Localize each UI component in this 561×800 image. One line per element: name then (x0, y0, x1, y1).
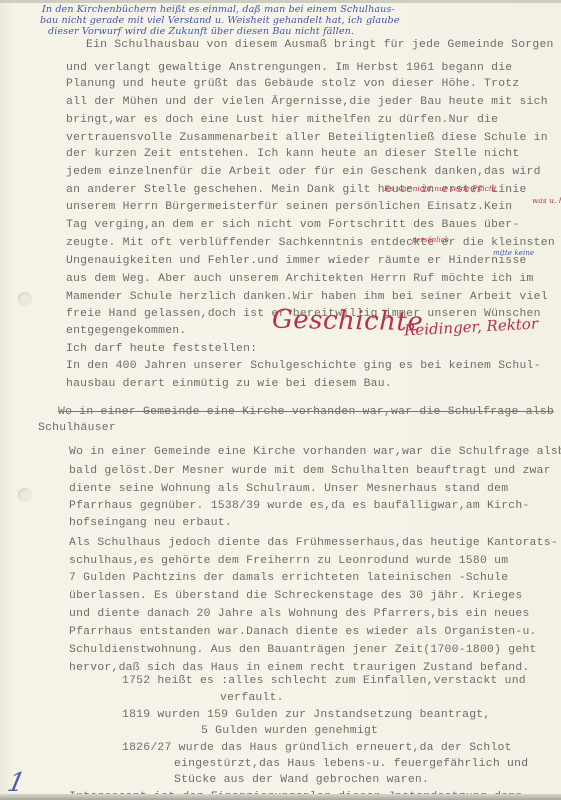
typed-line: der kurzen Zeit entstehen. Ich kann heut… (66, 147, 519, 161)
typed-line: 7 Gulden Pachtzins der damals errichtete… (69, 571, 508, 585)
handwritten-note-line: dieser Vorwurf wird die Zukunft über die… (48, 26, 354, 37)
typed-line: hofseingang neu erbaut. (69, 516, 232, 530)
typed-line: Ein Schulhausbau von diesem Ausmaß bring… (86, 38, 554, 52)
typed-line: Mamender Schule herzlich danken.Wir habe… (66, 290, 548, 304)
scanned-document-page: In den Kirchenbüchern heißt es einmal, d… (0, 0, 561, 800)
typed-line: jedem einzelnenfür die Arbeit oder für e… (66, 165, 541, 179)
punch-hole (18, 292, 32, 306)
chronicle-entry: 1826/27 wurde das Haus gründlich erneuer… (122, 741, 512, 755)
typed-line: bald gelöst.Der Mesner wurde mit dem Sch… (69, 464, 551, 478)
typed-line: vertrauensvolle Zusammenarbeit aller Bet… (66, 131, 548, 145)
typed-line: unserem Herrn Bürgermeisterfür seinen pe… (66, 200, 512, 214)
typed-line: Ungenauigkeiten und Fehler.und immer wie… (66, 254, 527, 268)
typed-line: In den 400 Jahren unserer Schulgeschicht… (66, 359, 541, 373)
chronicle-entry: Stücke aus der Wand gebrochen waren. (174, 773, 429, 787)
typed-line: Planung und heute grüßt das Gebäude stol… (66, 77, 519, 91)
punch-hole (18, 488, 32, 502)
typed-line: Wo in einer Gemeinde eine Kirche vorhand… (69, 445, 561, 459)
handwritten-annotation: was u. hat, (532, 196, 561, 205)
typed-line: zeugte. Mit oft verblüffender Sachkenntn… (66, 236, 555, 250)
section-heading: Schulhäuser (38, 421, 116, 435)
typed-line: Schuldienstwohnung. Aus den Bauanträgen … (69, 643, 537, 657)
chronicle-entry: verfault. (220, 691, 284, 705)
typed-line: all der Mühen und der vielen Ärgernisse,… (66, 95, 548, 109)
handwritten-note-line: bau nicht gerade mit viel Verstand u. We… (40, 15, 400, 26)
handwritten-annotation: Es war nicht nur seine Pflicht (384, 184, 497, 193)
struck-typed-line: Wo in einer Gemeinde eine Kirche vorhand… (58, 405, 554, 419)
typed-line: aus dem Weg. Aber auch unserem Architekt… (66, 272, 534, 286)
typed-line: schulhaus,es gehörte dem Freiherrn zu Le… (69, 554, 508, 568)
page-top-edge (0, 0, 561, 3)
typed-line: und verlangt gewaltige Anstrengungen. Im… (66, 61, 512, 75)
typed-line: Tag verging,an dem er sich nicht vom For… (66, 218, 519, 232)
typed-line: Als Schulhaus jedoch diente das Frühmess… (69, 536, 558, 550)
chronicle-entry: 5 Gulden wurden genehmigt (201, 724, 378, 738)
chronicle-entry: 1819 wurden 159 Gulden zur Jnstandsetzun… (122, 708, 490, 722)
typed-line: hausbau derart einmütig zu wie bei diese… (66, 377, 392, 391)
page-bottom-edge (0, 794, 561, 800)
typed-line: bringt,war es doch eine Lust hier mithel… (66, 113, 498, 127)
handwritten-annotation: persönlich (412, 236, 449, 244)
typed-line: entgegengekommen. (66, 324, 186, 338)
chronicle-entry: 1752 heißt es :alles schlecht zum Einfal… (122, 674, 526, 688)
typed-line: Pfarrhaus entstanden war.Danach diente e… (69, 625, 537, 639)
typed-line: diente seine Wohnung als Schulraum. Unse… (69, 482, 508, 496)
handwritten-heading: Geschichte (272, 305, 424, 338)
typed-line: Pfarrhaus gegnüber. 1538/39 wurde es,da … (69, 499, 530, 513)
chronicle-entry: eingestürzt,das Haus lebens-u. feuergefä… (174, 757, 528, 771)
handwritten-annotation: mitte keine (493, 248, 534, 259)
typed-line: überlassen. Es überstand die Schreckenst… (69, 589, 522, 603)
typed-line: und diente danach 20 Jahre als Wohnung d… (69, 607, 530, 621)
typed-line: Ich darf heute feststellen: (66, 342, 257, 356)
typed-line: hervor,daß sich das Haus in einem recht … (69, 661, 530, 675)
handwritten-note-line: In den Kirchenbüchern heißt es einmal, d… (42, 4, 395, 15)
